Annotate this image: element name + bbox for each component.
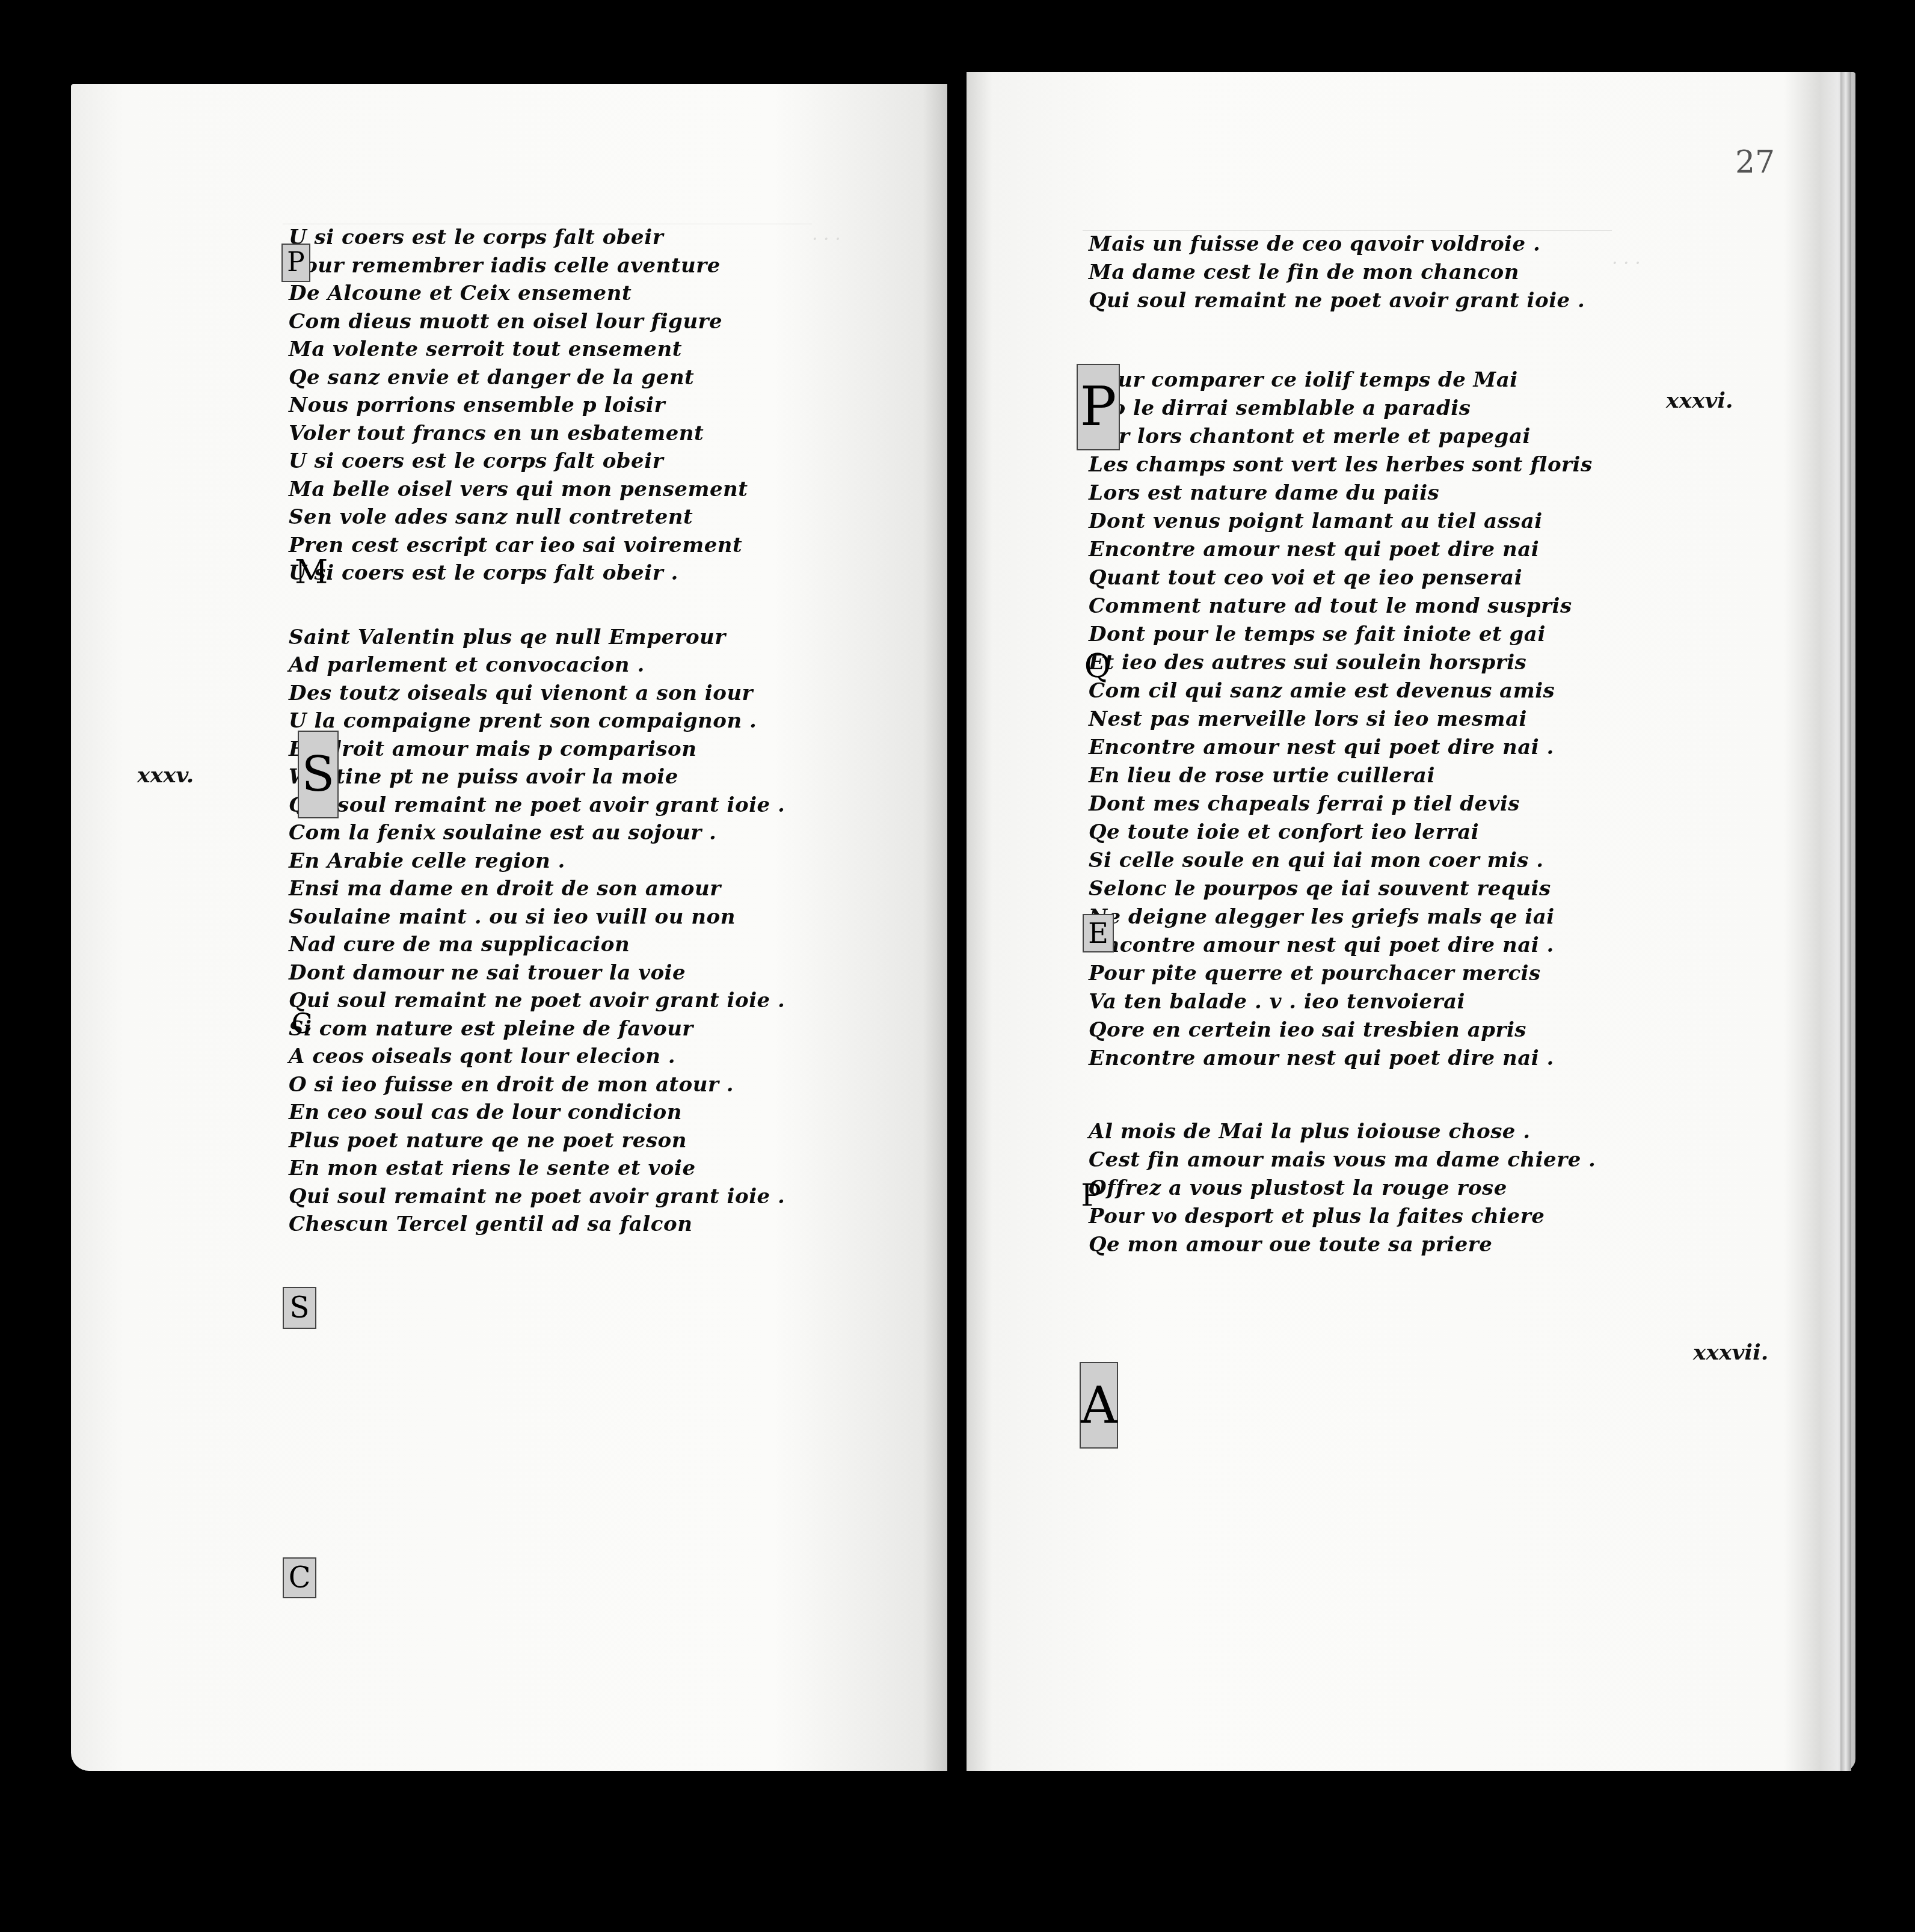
verse-line: U si coers est le corps falt obeir: [289, 447, 785, 476]
verse-line: Si com nature est pleine de favour: [289, 1015, 785, 1043]
verse-line: Ma dame cest le fin de mon chancon: [1089, 259, 1596, 287]
decorated-initial: A: [1080, 1362, 1118, 1449]
verse-line: Voler tout francs en un esbatement: [289, 420, 785, 448]
stanza-gap: [1089, 315, 1596, 366]
verse-line: En droit amour mais p comparison: [289, 735, 785, 764]
verse-line: Com la fenix soulaine est au sojour .: [289, 819, 785, 847]
decorated-initial: M: [295, 550, 321, 595]
verse-line: Dont pour le temps se fait iniote et gai: [1089, 621, 1596, 649]
stanza: En lieu de rose urtie cuillerai Dont mes…: [1089, 762, 1596, 960]
folio-number: 27: [1735, 144, 1775, 180]
stanza: Quant tout ceo voi et qe ieo penserai Co…: [1089, 564, 1596, 762]
verse-line: Com dieus muott en oisel lour figure: [289, 308, 785, 336]
binding-gutter: [947, 72, 967, 1774]
stanza: Com la fenix soulaine est au sojour . En…: [289, 819, 785, 1015]
verse-line: Lors est nature dame du paiis: [1089, 479, 1596, 508]
marginal-numeral-right-1: xxxvi.: [1666, 388, 1733, 413]
stanza: U si coers est le corps falt obeir Pour …: [289, 224, 785, 476]
verse-line: Et ieo des autres sui soulein horspris: [1089, 649, 1596, 677]
verse-line: Ad parlement et convocacion .: [289, 651, 785, 679]
verse-line: Des toutz oiseals qui vienont a son iour: [289, 679, 785, 708]
verse-line: Nest pas merveille lors si ieo mesmai: [1089, 705, 1596, 734]
decorated-initial: P: [1077, 364, 1120, 450]
decorated-initial: C: [287, 1005, 316, 1041]
stanza: Si com nature est pleine de favour A ceo…: [289, 1015, 785, 1211]
verse-line: Nad cure de ma supplicacion: [289, 931, 785, 959]
verse-line: Qui soul remaint ne poet avoir grant ioi…: [289, 987, 785, 1015]
verse-line: Com cil qui sanz amie est devenus amis: [1089, 677, 1596, 705]
decorated-initial: P: [281, 244, 310, 282]
verse-line: Mais un fuisse de ceo qavoir voldroie .: [1089, 230, 1596, 259]
verse-line: Ma volente serroit tout ensement: [289, 336, 785, 364]
verse-line: Encontre amour nest qui poet dire nai .: [1089, 1044, 1596, 1073]
verse-line: Si celle soule en qui iai mon coer mis .: [1089, 847, 1596, 875]
verse-line: Qe sanz envie et danger de la gent: [289, 364, 785, 392]
verse-line: Plus poet nature qe ne poet reson: [289, 1127, 785, 1155]
verse-line: De Alcoune et Ceix ensement: [289, 280, 785, 308]
verse-line: Quant tout ceo voi et qe ieo penserai: [1089, 564, 1596, 592]
verse-line: Nous porrions ensemble p loisir: [289, 391, 785, 420]
decorated-initial: C: [283, 1557, 316, 1598]
verse-line: Dont damour ne sai trouer la voie: [289, 959, 785, 987]
verse-line: Les champs sont vert les herbes sont flo…: [1089, 451, 1596, 479]
verse-line: Dont mes chapeals ferrai p tiel devis: [1089, 790, 1596, 818]
verse-line: Al mois de Mai la plus ioiouse chose .: [1089, 1118, 1596, 1146]
verse-line: En lieu de rose urtie cuillerai: [1089, 762, 1596, 790]
verse-line: En mon estat riens le sente et voie: [289, 1155, 785, 1183]
left-page-text: U si coers est le corps falt obeir Pour …: [289, 224, 785, 1239]
stanza: Saint Valentin plus qe null Emperour Ad …: [289, 624, 785, 820]
verse-line: Ensi ma dame en droit de son amour: [289, 875, 785, 903]
stanza: Al mois de Mai la plus ioiouse chose . C…: [1089, 1118, 1596, 1259]
verse-line: U la compaigne prent son compaignon .: [289, 707, 785, 735]
verse-line: U si coers est le corps falt obeir .: [289, 559, 785, 587]
stanza: Pour comparer ce iolif temps de Mai Ieo …: [1089, 366, 1596, 564]
verse-line: Car lors chantont et merle et papegai: [1089, 423, 1596, 451]
verse-line: Ieo le dirrai semblable a paradis: [1089, 394, 1596, 423]
verse-line: Qe mon amour oue toute sa priere: [1089, 1231, 1596, 1259]
stanza: Pour pite querre et pourchacer mercis Va…: [1089, 960, 1596, 1073]
verse-line: A ceos oiseals qont lour elecion .: [289, 1043, 785, 1071]
stanza: Ma belle oisel vers qui mon pensement Se…: [289, 476, 785, 587]
verse-line: Qui soul remaint ne poet avoir grant ioi…: [289, 1183, 785, 1211]
decorated-initial: S: [298, 731, 339, 818]
verse-line: Ma belle oisel vers qui mon pensement: [289, 476, 785, 504]
verse-line: Ne deigne alegger les griefs mals qe iai: [1089, 903, 1596, 931]
verse-line: Qui soul remaint ne poet avoir grant ioi…: [1089, 287, 1596, 315]
verse-line: Qore en certein ieo sai tresbien apris: [1089, 1016, 1596, 1044]
verse-line: En Arabie celle region .: [289, 847, 785, 876]
verse-line: O si ieo fuisse en droit de mon atour .: [289, 1071, 785, 1099]
verse-line: Selonc le pourpos qe iai souvent requis: [1089, 875, 1596, 903]
verse-line: Chescun Tercel gentil ad sa falcon: [289, 1210, 785, 1239]
show-through-text: · · ·: [812, 228, 841, 250]
verse-line: Pour remembrer iadis celle aventure: [289, 252, 785, 280]
decorated-initial: Q: [1083, 646, 1113, 686]
verse-line: Comment nature ad tout le mond suspris: [1089, 592, 1596, 621]
verse-line: Va ten balade . v . ieo tenvoierai: [1089, 988, 1596, 1016]
stanza: Chescun Tercel gentil ad sa falcon: [289, 1210, 785, 1239]
verse-line: Pour pite querre et pourchacer mercis: [1089, 960, 1596, 988]
verse-line: Dont venus poignt lamant au tiel assai: [1089, 508, 1596, 536]
decorated-initial: E: [1083, 914, 1114, 952]
verse-line: Soulaine maint . ou si ieo vuill ou non: [289, 903, 785, 931]
marginal-numeral-right-2: xxxvii.: [1693, 1340, 1768, 1365]
stanza-gap: [1089, 1073, 1596, 1118]
decorated-initial: P: [1077, 1176, 1105, 1215]
stanza: Mais un fuisse de ceo qavoir voldroie . …: [1089, 230, 1596, 315]
verse-line: Qe toute ioie et confort ieo lerrai: [1089, 818, 1596, 847]
verse-line: Cest fin amour mais vous ma dame chiere …: [1089, 1146, 1596, 1174]
verse-line: Offrez a vous plustost la rouge rose: [1089, 1174, 1596, 1203]
verse-line: Qui soul remaint ne poet avoir grant ioi…: [289, 791, 785, 820]
verse-line: Pour comparer ce iolif temps de Mai: [1089, 366, 1596, 394]
verse-line: Pren cest escript car ieo sai voirement: [289, 532, 785, 560]
show-through-text: · · ·: [1612, 253, 1641, 274]
verse-line: Encontre amour nest qui poet dire nai .: [1089, 931, 1596, 960]
marginal-numeral-left: xxxv.: [137, 762, 194, 788]
verse-line: Saint Valentin plus qe null Emperour: [289, 624, 785, 652]
stanza-gap: [289, 587, 785, 624]
verse-line: U si coers est le corps falt obeir: [289, 224, 785, 252]
verse-line: En ceo soul cas de lour condicion: [289, 1099, 785, 1127]
page-edge: [1840, 72, 1851, 1771]
verse-line: Encontre amour nest qui poet dire nai .: [1089, 734, 1596, 762]
verse-line: Pour vo desport et plus la faites chiere: [1089, 1203, 1596, 1231]
decorated-initial: S: [283, 1287, 316, 1329]
verse-line: Encontre amour nest qui poet dire nai: [1089, 536, 1596, 564]
verse-line: Wastine pt ne puiss avoir la moie: [289, 763, 785, 791]
verse-line: Sen vole ades sanz null contretent: [289, 503, 785, 532]
right-page-text: Mais un fuisse de ceo qavoir voldroie . …: [1089, 230, 1596, 1259]
